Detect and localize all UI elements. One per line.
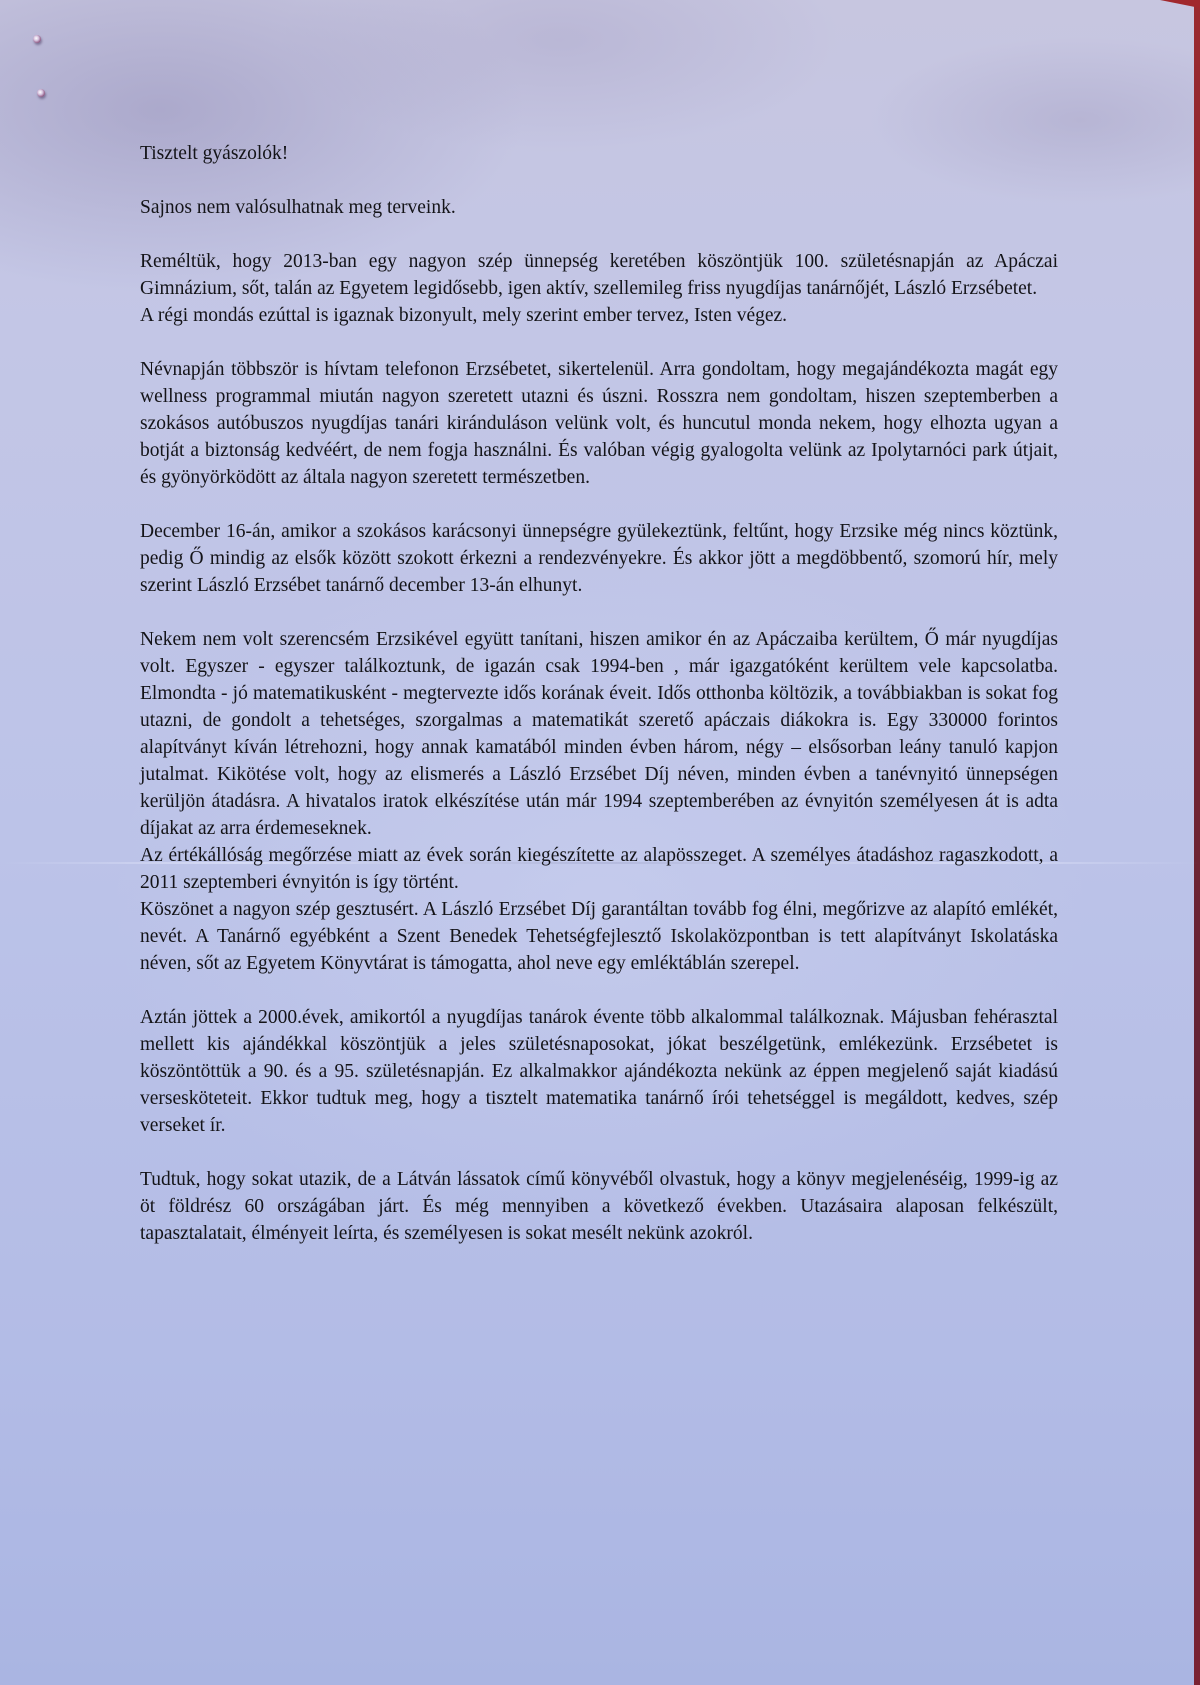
paragraph-december: December 16-án, amikor a szokásos karács… [140, 518, 1058, 599]
background-edge [1194, 0, 1200, 1685]
paragraph-value: Az értékállóság megőrzése miatt az évek … [140, 842, 1058, 896]
paragraph-travels: Tudtuk, hogy sokat utazik, de a Látván l… [140, 1166, 1058, 1247]
paragraph-saying: A régi mondás ezúttal is igaznak bizonyu… [140, 302, 1058, 329]
paragraph-foundation: Nekem nem volt szerencsém Erzsikével egy… [140, 626, 1058, 842]
paragraph-hopes: Reméltük, hogy 2013-ban egy nagyon szép … [140, 248, 1058, 302]
paragraph-2000s: Aztán jöttek a 2000.évek, amikortól a ny… [140, 1004, 1058, 1139]
paragraph-nameday: Névnapján többször is hívtam telefonon E… [140, 356, 1058, 491]
paragraph-intro: Sajnos nem valósulhatnak meg terveink. [140, 194, 1058, 221]
salutation: Tisztelt gyászolók! [140, 140, 1058, 167]
letter-body: Tisztelt gyászolók! Sajnos nem valósulha… [140, 140, 1058, 1274]
paragraph-thanks: Köszönet a nagyon szép gesztusért. A Lás… [140, 896, 1058, 977]
staple-hole-icon [33, 35, 41, 43]
staple-hole-icon [37, 89, 45, 97]
